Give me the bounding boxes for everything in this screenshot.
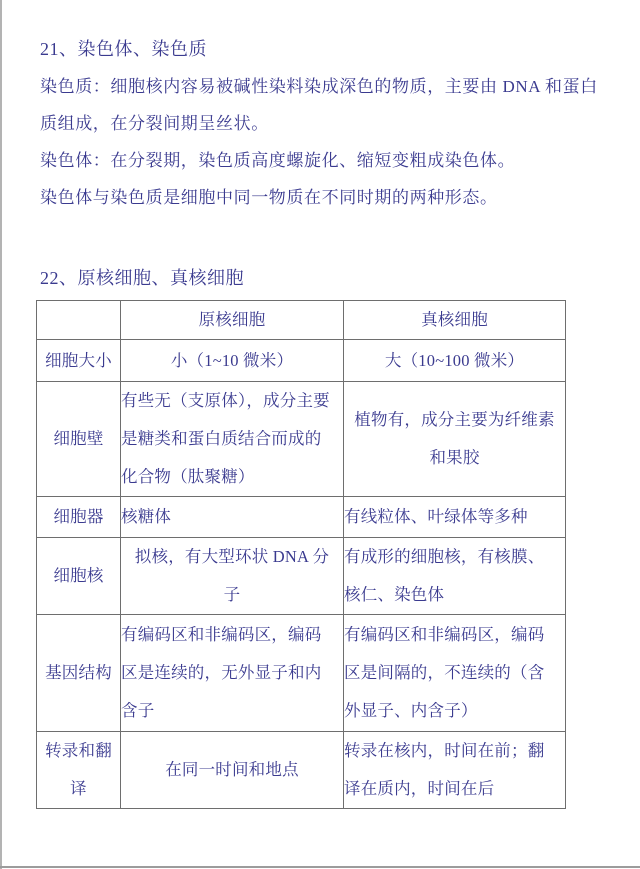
table-row-nucleus: 细胞核 拟核，有大型环状 DNA 分 子 有成形的细胞核，有核膜、 核仁、染色体: [37, 538, 566, 615]
row-label-cell: 细胞大小: [37, 340, 121, 382]
paragraph-relation: 染色体与染色质是细胞中同一物质在不同时期的两种形态。: [40, 179, 606, 216]
eukaryotic-cell: 大（10~100 微米）: [344, 340, 566, 382]
page-left-edge-line: [0, 0, 2, 869]
table-row-transcription-translation: 转录和翻 译 在同一时间和地点 转录在核内，时间在前；翻 译在质内，时间在后: [37, 732, 566, 809]
table-row-gene-structure: 基因结构 有编码区和非编码区，编码 区是连续的，无外显子和内 含子 有编码区和非…: [37, 615, 566, 732]
eukaryotic-cell: 有编码区和非编码区，编码 区是间隔的，不连续的（含 外显子、内含子）: [344, 615, 566, 732]
table-row-organelles: 细胞器 核糖体 有线粒体、叶绿体等多种: [37, 497, 566, 538]
prokaryotic-cell: 核糖体: [121, 497, 344, 538]
eukaryotic-cell: 有成形的细胞核，有核膜、 核仁、染色体: [344, 538, 566, 615]
table-row-cell-wall: 细胞壁 有些无（支原体），成分主要 是糖类和蛋白质结合而成的 化合物（肽聚糖） …: [37, 382, 566, 497]
cell-comparison-table: 原核细胞 真核细胞 细胞大小 小（1~10 微米） 大（10~100 微米） 细…: [36, 300, 566, 809]
table-row-cell-size: 细胞大小 小（1~10 微米） 大（10~100 微米）: [37, 340, 566, 382]
row-label-cell: 基因结构: [37, 615, 121, 732]
prokaryotic-cell: 有编码区和非编码区，编码 区是连续的，无外显子和内 含子: [121, 615, 344, 732]
prokaryotic-cell: 小（1~10 微米）: [121, 340, 344, 382]
eukaryotic-cell: 植物有，成分主要为纤维素 和果胶: [344, 382, 566, 497]
page-bottom-edge-line: [0, 866, 640, 868]
paragraph-chromatin: 染色质：细胞核内容易被碱性染料染成深色的物质，主要由 DNA 和蛋白 质组成，在…: [40, 68, 606, 142]
row-label-cell: 转录和翻 译: [37, 732, 121, 809]
prokaryotic-header-cell: 原核细胞: [121, 301, 344, 340]
table-header-row: 原核细胞 真核细胞: [37, 301, 566, 340]
notes-page: 21、染色体、染色质 染色质：细胞核内容易被碱性染料染成深色的物质，主要由 DN…: [0, 0, 640, 869]
section-21-body: 染色质：细胞核内容易被碱性染料染成深色的物质，主要由 DNA 和蛋白 质组成，在…: [40, 68, 606, 216]
prokaryotic-cell: 有些无（支原体），成分主要 是糖类和蛋白质结合而成的 化合物（肽聚糖）: [121, 382, 344, 497]
row-label-cell: 细胞核: [37, 538, 121, 615]
section-22-title: 22、原核细胞、真核细胞: [40, 264, 244, 290]
row-label-cell: 细胞壁: [37, 382, 121, 497]
eukaryotic-cell: 有线粒体、叶绿体等多种: [344, 497, 566, 538]
eukaryotic-cell: 转录在核内，时间在前；翻 译在质内，时间在后: [344, 732, 566, 809]
row-label-cell: 细胞器: [37, 497, 121, 538]
prokaryotic-cell: 在同一时间和地点: [121, 732, 344, 809]
prokaryotic-cell: 拟核，有大型环状 DNA 分 子: [121, 538, 344, 615]
paragraph-chromosome: 染色体：在分裂期，染色质高度螺旋化、缩短变粗成染色体。: [40, 142, 606, 179]
eukaryotic-header-cell: 真核细胞: [344, 301, 566, 340]
corner-header-cell: [37, 301, 121, 340]
section-21-title: 21、染色体、染色质: [40, 35, 207, 61]
